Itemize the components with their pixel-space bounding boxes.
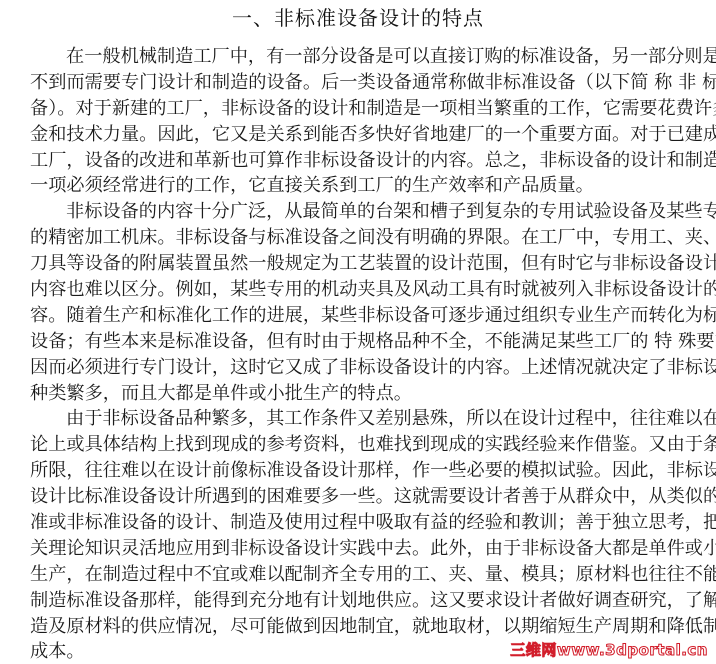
watermark-logo: 三维网www.3dportal.cn: [510, 639, 708, 660]
text-line: 在一般机械制造工厂中，有一部分设备是可以直接订购的标准设备，另一部分则是买: [30, 44, 673, 70]
text-line: 内容也难以区分。例如，某些专用的机动夹具及风动工具有时就被列入非标设备设计的内: [30, 277, 673, 303]
text-line: 准或非标准设备的设计、制造及使用过程中吸取有益的经验和教训；善于独立思考，把有: [30, 510, 673, 536]
text-line: 的精密加工机床。非标设备与标准设备之间没有明确的界限。在工厂中，专用工、夹、模、: [30, 225, 673, 251]
text-line: 非标设备的内容十分广泛，从最简单的台架和槽子到复杂的专用试验设备及某些专用: [30, 199, 673, 225]
document-page: 一、非标准设备设计的特点 在一般机械制造工厂中，有一部分设备是可以直接订购的标准…: [0, 0, 716, 664]
text-line: 关理论知识灵活地应用到非标设备设计实践中去。此外，由于非标设备大都是单件或小批: [30, 536, 673, 562]
text-line: 刀具等设备的附属装置虽然一般规定为工艺装置的设计范围，但有时它与非标设备设计的: [30, 251, 673, 277]
paragraph-3: 由于非标设备品种繁多，其工作条件又差别悬殊，所以在设计过程中，往往难以在理 论上…: [30, 406, 673, 664]
text-line: 金和技术力量。因此，它又是关系到能否多快好省地建厂的一个重要方面。对于已建成的: [30, 122, 673, 148]
section-title: 一、非标准设备设计的特点: [0, 4, 716, 32]
text-line: 备）。对于新建的工厂，非标设备的设计和制造是一项相当繁重的工作，它需要花费许多资: [30, 96, 673, 122]
text-line: 不到而需要专门设计和制造的设备。后一类设备通常称做非标准设备（以下简 称 非 标…: [30, 70, 673, 96]
text-line: 由于非标设备品种繁多，其工作条件又差别悬殊，所以在设计过程中，往往难以在理: [30, 406, 673, 432]
text-line: 工厂，设备的改进和革新也可算作非标设备设计的内容。总之，非标设备的设计和制造是: [30, 148, 673, 174]
text-line: 种类繁多，而且大都是单件或小批生产的特点。: [30, 381, 673, 407]
text-line: 设计比标准设备设计所遇到的困难要多一些。这就需要设计者善于从群众中，从类似的标: [30, 484, 673, 510]
text-line: 制造标准设备那样，能得到充分地有计划地供应。这又要求设计者做好调查研究，了解制: [30, 588, 673, 614]
body-text: 在一般机械制造工厂中，有一部分设备是可以直接订购的标准设备，另一部分则是买 不到…: [30, 44, 673, 664]
text-line: 造及原材料的供应情况，尽可能做到因地制宜，就地取材，以期缩短生产周期和降低制造: [30, 614, 673, 640]
paragraph-1: 在一般机械制造工厂中，有一部分设备是可以直接订购的标准设备，另一部分则是买 不到…: [30, 44, 673, 199]
text-line: 因而必须进行专门设计，这时它又成了非标设备设计的内容。上述情况就决定了非标设备: [30, 355, 673, 381]
text-line: 一项必须经常进行的工作，它直接关系到工厂的生产效率和产品质量。: [30, 173, 673, 199]
text-line: 容。随着生产和标准化工作的进展，某些非标设备可逐步通过组织专业生产而转化为标准: [30, 303, 673, 329]
text-line: 设备；有些本来是标准设备，但有时由于规格品种不全，不能满足某些工厂的 特 殊要求…: [30, 329, 673, 355]
text-line: 所限，往往难以在设计前像标准设备设计那样，作一些必要的模拟试验。因此，非标设备: [30, 458, 673, 484]
text-line: 生产，在制造过程中不宜或难以配制齐全专用的工、夹、量、模具；原材料也往往不能像: [30, 562, 673, 588]
text-line: 论上或具体结构上找到现成的参考资料，也难找到现成的实践经验来作借鉴。又由于条件: [30, 432, 673, 458]
paragraph-2: 非标设备的内容十分广泛，从最简单的台架和槽子到复杂的专用试验设备及某些专用 的精…: [30, 199, 673, 406]
